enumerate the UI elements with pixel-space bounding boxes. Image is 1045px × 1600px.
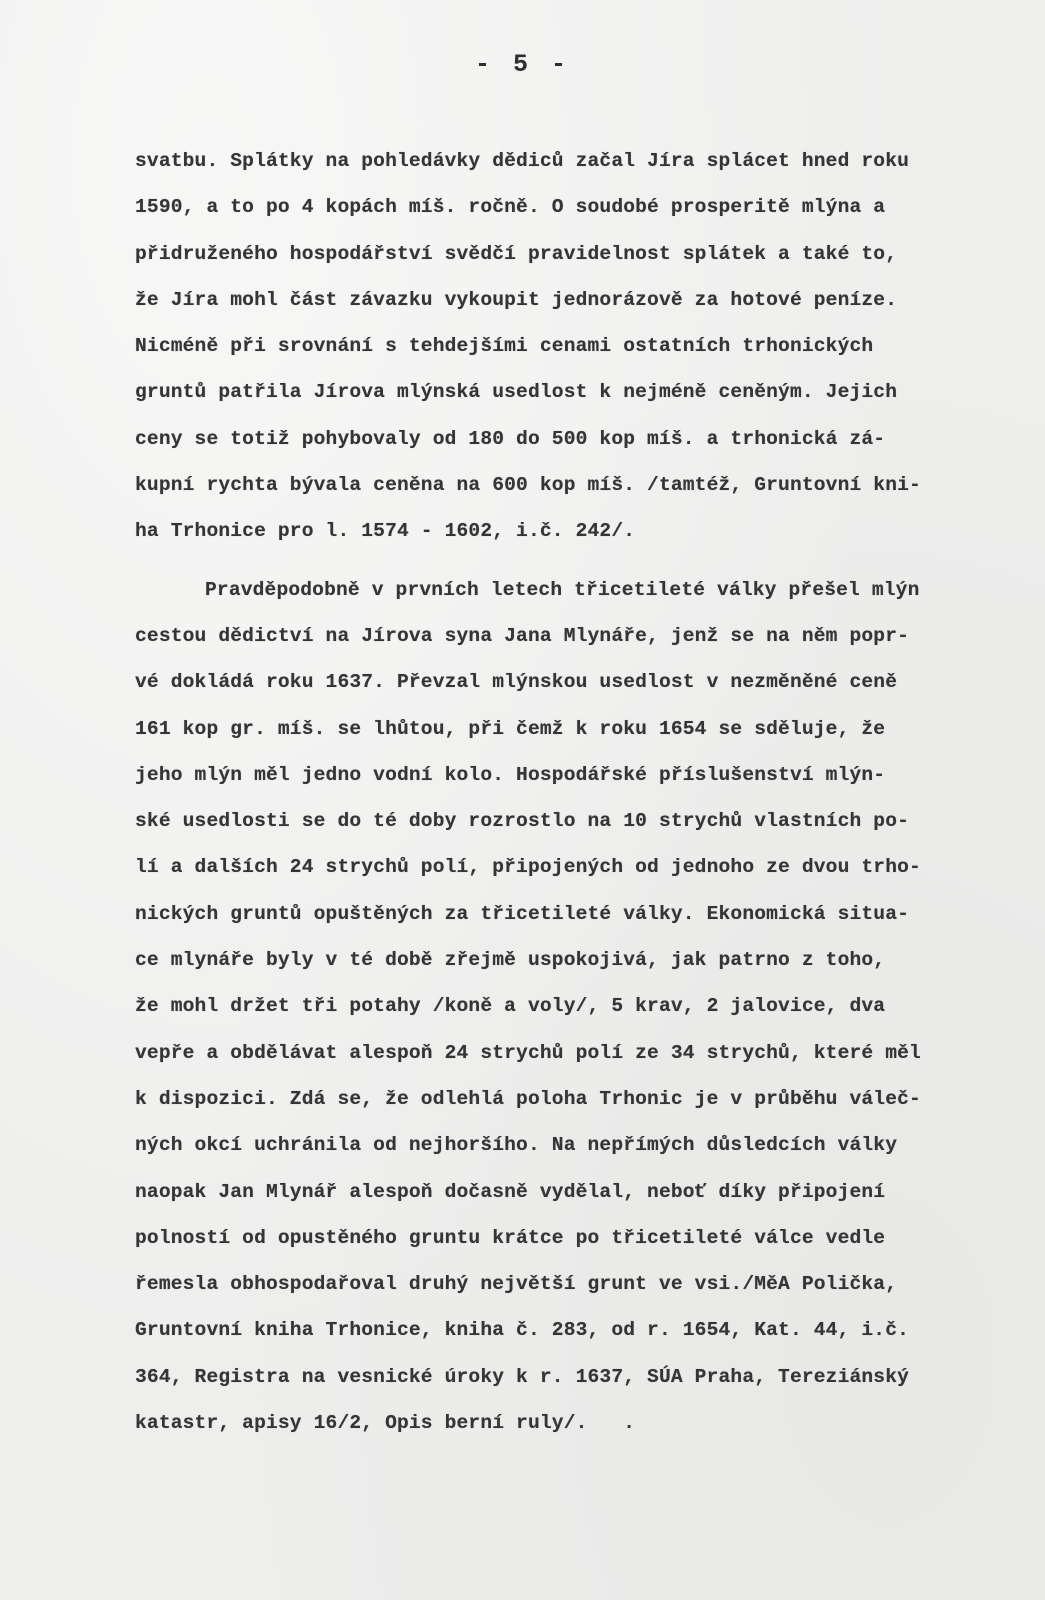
text-line: že mohl držet tři potahy /koně a voly/, … — [135, 986, 1035, 1032]
document-body: svatbu. Splátky na pohledávky dědiců zač… — [135, 141, 1035, 1449]
text-line: ce mlynáře byly v té době zřejmě uspokoj… — [135, 940, 1035, 986]
text-line: vepře a obdělávat alespoň 24 strychů pol… — [135, 1033, 1035, 1079]
text-line: katastr, apisy 16/2, Opis berní ruly/. . — [135, 1403, 1035, 1449]
text-line: přidruženého hospodářství svědčí pravide… — [135, 234, 1035, 280]
text-line: polností od opustěného gruntu krátce po … — [135, 1218, 1035, 1264]
text-line: Nicméně při srovnání s tehdejšími cenami… — [135, 326, 1035, 372]
text-line: kupní rychta bývala ceněna na 600 kop mí… — [135, 465, 1035, 511]
text-line: ceny se totiž pohybovaly od 180 do 500 k… — [135, 419, 1035, 465]
text-line: Pravděpodobně v prvních letech třicetile… — [135, 570, 1035, 616]
text-line: gruntů patřila Jírova mlýnská usedlost k… — [135, 372, 1035, 418]
text-line: ha Trhonice pro l. 1574 - 1602, i.č. 242… — [135, 511, 1035, 557]
text-line: jeho mlýn měl jedno vodní kolo. Hospodář… — [135, 755, 1035, 801]
text-line: 161 kop gr. míš. se lhůtou, při čemž k r… — [135, 709, 1035, 755]
text-line: svatbu. Splátky na pohledávky dědiců zač… — [135, 141, 1035, 187]
text-line: naopak Jan Mlynář alespoň dočasně vyděla… — [135, 1172, 1035, 1218]
text-line: Gruntovní kniha Trhonice, kniha č. 283, … — [135, 1310, 1035, 1356]
text-line: 1590, a to po 4 kopách míš. ročně. O sou… — [135, 187, 1035, 233]
paragraph-1: svatbu. Splátky na pohledávky dědiců zač… — [135, 141, 1035, 558]
text-line: vé dokládá roku 1637. Převzal mlýnskou u… — [135, 662, 1035, 708]
text-line: cestou dědictví na Jírova syna Jana Mlyn… — [135, 616, 1035, 662]
text-line: lí a dalších 24 strychů polí, připojenýc… — [135, 847, 1035, 893]
text-line: ské usedlosti se do té doby rozrostlo na… — [135, 801, 1035, 847]
text-line: ných okcí uchránila od nejhoršího. Na ne… — [135, 1125, 1035, 1171]
paragraph-2: Pravděpodobně v prvních letech třicetile… — [135, 570, 1035, 1450]
text-line: nických gruntů opuštěných za třicetileté… — [135, 894, 1035, 940]
page-number: - 5 - — [0, 50, 1045, 79]
text-line: k dispozici. Zdá se, že odlehlá poloha T… — [135, 1079, 1035, 1125]
text-line: řemesla obhospodařoval druhý největší gr… — [135, 1264, 1035, 1310]
typewritten-page: - 5 - svatbu. Splátky na pohledávky dědi… — [0, 0, 1045, 1600]
text-line: že Jíra mohl část závazku vykoupit jedno… — [135, 280, 1035, 326]
text-line: 364, Registra na vesnické úroky k r. 163… — [135, 1357, 1035, 1403]
